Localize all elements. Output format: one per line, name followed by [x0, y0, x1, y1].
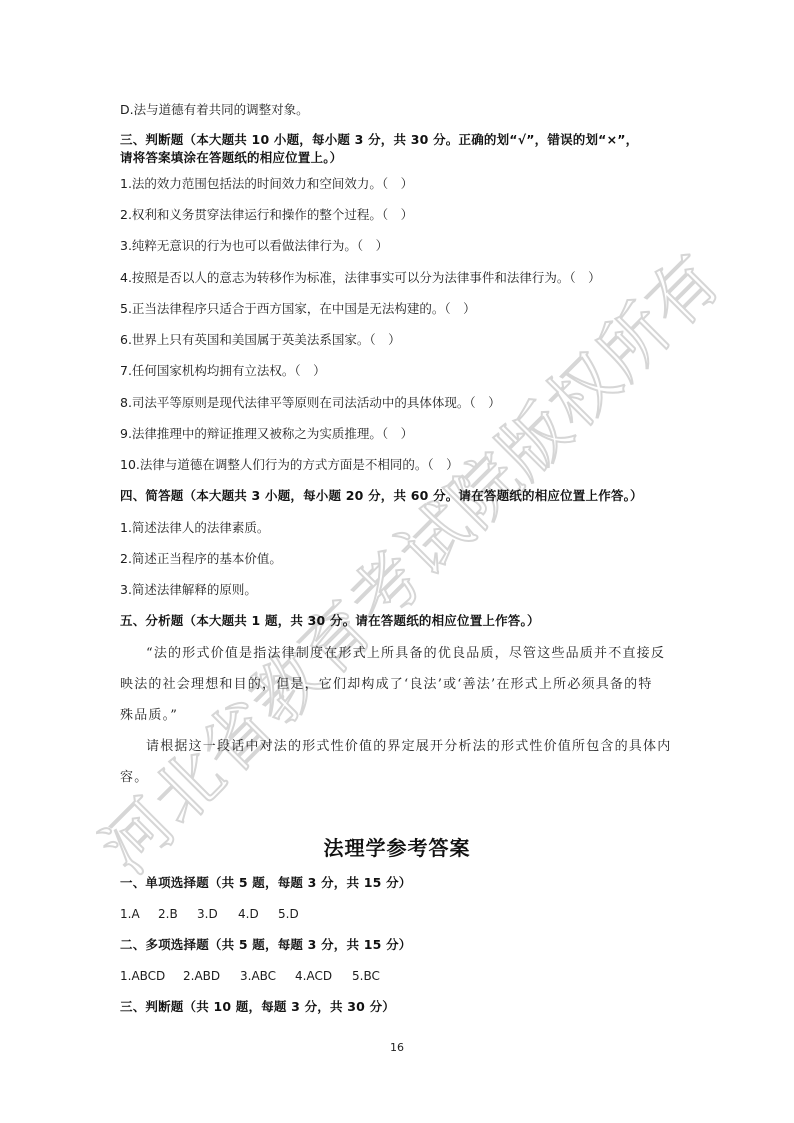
answer-item: 2.ABD [183, 968, 220, 984]
judge-item-3: 3.纯粹无意识的行为也可以看做法律行为。（ ） [120, 238, 388, 254]
answer-item: 1.A [120, 906, 140, 922]
judge-item-6: 6.世界上只有英国和美国属于英美法系国家。（ ） [120, 332, 401, 348]
judge-item-9: 9.法律推理中的辩证推理又被称之为实质推理。（ ） [120, 426, 413, 442]
judge-item-10: 10.法律与道德在调整人们行为的方式方面是不相同的。（ ） [120, 457, 459, 473]
choice-option-d: D.法与道德有着共同的调整对象。 [120, 102, 309, 118]
answer-item: 5.D [278, 906, 299, 922]
answer-key-title: 法理学参考答案 [0, 832, 794, 861]
answer-item: 5.BC [352, 968, 380, 984]
quote-line-2: 映法的社会理想和目的，但是，它们却构成了‘良法’或‘善法’在形式上所必须具备的特 [120, 677, 653, 693]
judge-item-8: 8.司法平等原则是现代法律平等原则在司法活动中的具体体现。（ ） [120, 395, 501, 411]
section4-heading: 四、简答题（本大题共 3 小题，每小题 20 分，共 60 分。请在答题纸的相应… [120, 488, 643, 504]
judge-item-7: 7.任何国家机构均拥有立法权。（ ） [120, 363, 326, 379]
answer-item: 4.ACD [295, 968, 332, 984]
answer-item: 3.D [197, 906, 218, 922]
prompt-line-2: 容。 [120, 770, 148, 786]
answer-item: 3.ABC [240, 968, 276, 984]
short-answer-item-2: 2.简述正当程序的基本价值。 [120, 551, 282, 567]
judge-item-5: 5.正当法律程序只适合于西方国家，在中国是无法构建的。（ ） [120, 301, 476, 317]
judge-item-1: 1.法的效力范围包括法的时间效力和空间效力。（ ） [120, 176, 413, 192]
answer-section3-heading: 三、判断题（共 10 题，每题 3 分，共 30 分） [120, 999, 395, 1015]
quote-line-3: 殊品质。” [120, 708, 178, 724]
quote-line-1: “法的形式价值是指法律制度在形式上所具备的优良品质，尽管这些品质并不直接反 [146, 646, 665, 662]
section3-heading-cont: 请将答案填涂在答题纸的相应位置上。） [120, 150, 342, 166]
short-answer-item-1: 1.简述法律人的法律素质。 [120, 520, 269, 536]
judge-item-2: 2.权利和义务贯穿法律运行和操作的整个过程。（ ） [120, 207, 413, 223]
answer-section2-heading: 二、多项选择题（共 5 题，每题 3 分，共 15 分） [120, 937, 412, 953]
document-page: 河北省教育考试院版权所有 D.法与道德有着共同的调整对象。 三、判断题（本大题共… [0, 0, 794, 1123]
short-answer-item-3: 3.简述法律解释的原则。 [120, 582, 257, 598]
prompt-line-1: 请根据这一段话中对法的形式性价值的界定展开分析法的形式性价值所包含的具体内 [146, 739, 671, 755]
answer-item: 1.ABCD [120, 968, 165, 984]
answer-item: 2.B [158, 906, 178, 922]
section3-heading: 三、判断题（本大题共 10 小题，每小题 3 分，共 30 分。正确的划“√”，… [120, 132, 638, 148]
answer-section1-heading: 一、单项选择题（共 5 题，每题 3 分，共 15 分） [120, 875, 412, 891]
judge-item-4: 4.按照是否以人的意志为转移作为标准，法律事实可以分为法律事件和法律行为。（ ） [120, 270, 601, 286]
page-number: 16 [0, 1041, 794, 1054]
answer-item: 4.D [238, 906, 259, 922]
section5-heading: 五、分析题（本大题共 1 题，共 30 分。请在答题纸的相应位置上作答。） [120, 613, 540, 629]
